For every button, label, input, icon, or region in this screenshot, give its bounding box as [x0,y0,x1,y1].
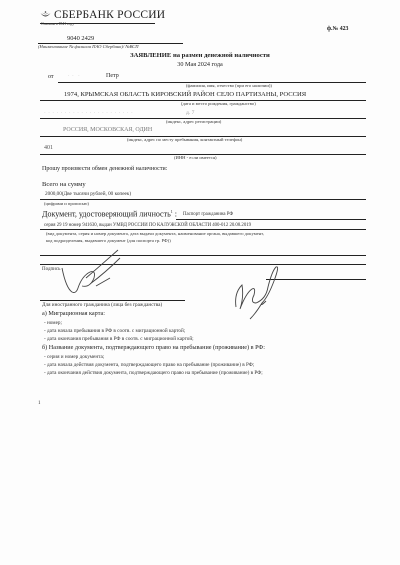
migration-card-heading: а) Миграционная карта: [42,310,105,317]
registration-value[interactable]: д. 7 [186,110,194,116]
signature-label: Подпись [42,267,60,272]
migration-card-item: - номер; [44,320,62,326]
form-title-text: ЗАЯВЛЕНИЕ на размен денежной наличности [130,52,270,59]
sberbank-logo: СБЕРБАНК РОССИИ [40,9,165,21]
id-doc-label-text: Документ, удостоверяющий личность [42,210,171,219]
branch-caption: (Наименование № филиала ПАО Сбербанк)/ №… [38,44,139,49]
bank-founded: Основан в 1841 году [41,22,74,26]
migration-card-item: - дата начала пребывания в РФ в соотв. с… [44,328,185,334]
inn-caption: (ИНН - если имеется) [174,155,217,160]
residence-doc-item: - дата окончания действия документа, под… [44,370,263,376]
request-text: Прошу произвести обмен денежной наличнос… [42,166,167,172]
id-doc-details[interactable]: серия 29 19 номер 941630, выдан УМВД РОС… [44,223,251,228]
total-caption: (цифрами и прописью) [44,201,89,206]
bank-name: СБЕРБАНК РОССИИ [54,9,165,21]
sberbank-logo-icon [40,11,51,19]
from-label: от [48,74,54,80]
residence-doc-item: - дата начала действия документа, подтве… [44,362,254,368]
residence-value[interactable]: РОССИЯ, МОСКОВСКАЯ, ОДИН [63,127,152,133]
id-doc-caption-1: (вид документа, серия и номер документа,… [46,231,264,236]
form-number: ф.№ 423 [327,26,348,32]
name-caption: (фамилия, имя, отчество (при его наличии… [186,83,272,88]
form-date: 30 Мая 2024 года [0,61,400,68]
migration-card-item: - дата окончания пребывания в РФ в соотв… [44,336,194,342]
id-doc-label: Документ, удостоверяющий личность1 : [42,209,177,219]
footnote-ref: 1 [171,209,173,214]
id-doc-caption-2: код подразделения, выдавшего документ (д… [46,238,171,243]
birth-caption: (дата и место рождения, гражданство) [181,101,256,106]
form-title: ЗАЯВЛЕНИЕ на размен денежной наличности [0,52,400,59]
inn-value[interactable]: 401 [44,145,53,151]
residence-doc-heading: б) Название документа, подтверждающего п… [42,344,265,351]
registration-caption: (индекс, адрес регистрации) [166,119,221,124]
total-label: Всего на сумму [42,181,86,188]
applicant-signature [60,248,130,296]
name-value[interactable]: Петр [106,73,119,79]
name-redacted: · · · [66,73,80,79]
branch-code: 9040 2429 [67,35,94,42]
id-doc-value[interactable]: Паспорт гражданина РФ [183,212,233,217]
registration-redacted: · · · · · · · · · · · · · · · · · · · · … [44,110,133,116]
footnote-mark: 1 [38,401,41,406]
residence-caption: (индекс, адрес по месту пребывания, конт… [127,137,242,142]
residence-doc-item: - серия и номер документа; [44,354,104,360]
officer-signature [232,263,292,321]
foreign-heading: Для иностранного гражданина (лица без гр… [42,302,162,308]
birth-value[interactable]: 1974, КРЫМСКАЯ ОБЛАСТЬ КИРОВСКИЙ РАЙОН С… [64,91,306,98]
total-value[interactable]: 2000,00(Две тысячи рублей, 00 копеек) [45,191,131,197]
